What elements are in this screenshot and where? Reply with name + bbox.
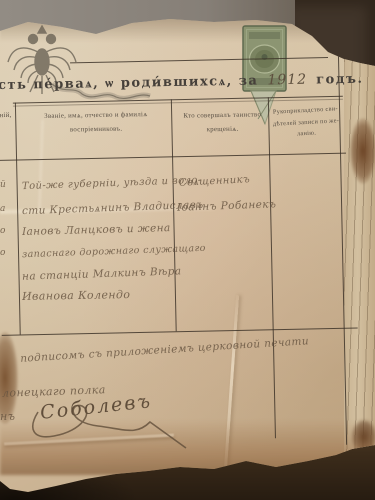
column-header-officiant-line1: Кто совершалъ таинство: [176, 108, 269, 124]
margin-fragment: о: [0, 248, 6, 258]
column-header-godparents: Званіе, имѧ, отчество и фамиліѧ воспріем…: [20, 108, 172, 139]
certification-fragment: нъ: [0, 410, 15, 423]
column-header-parents-fragment: теній,: [0, 109, 19, 123]
column-header-officiant: Кто совершалъ таинство крещеніѧ.: [176, 108, 269, 138]
margin-fragment: о: [0, 226, 6, 236]
column-header-officiant-line2: крещеніѧ.: [176, 122, 269, 138]
column-header-witnesses: Рукоприкладство сви- дѣтелей записи по ж…: [271, 103, 341, 141]
entry-godparents-line: Иванова Колендо: [22, 288, 131, 303]
column-line-3: [268, 97, 276, 438]
document-page: сть пе́рваѧ, ѡ роди́вшихсѧ, за 1912 годъ…: [0, 0, 375, 500]
signature-flourish: [24, 398, 204, 453]
margin-fragment: а: [0, 204, 6, 214]
ruled-line-header: [70, 57, 328, 63]
margin-fragment: й: [0, 180, 6, 190]
photo-of-metric-book-page: сть пе́рваѧ, ѡ роди́вшихсѧ, за 1912 годъ…: [0, 0, 375, 500]
column-header-godparents-line2: воспріемниковъ.: [20, 122, 172, 139]
